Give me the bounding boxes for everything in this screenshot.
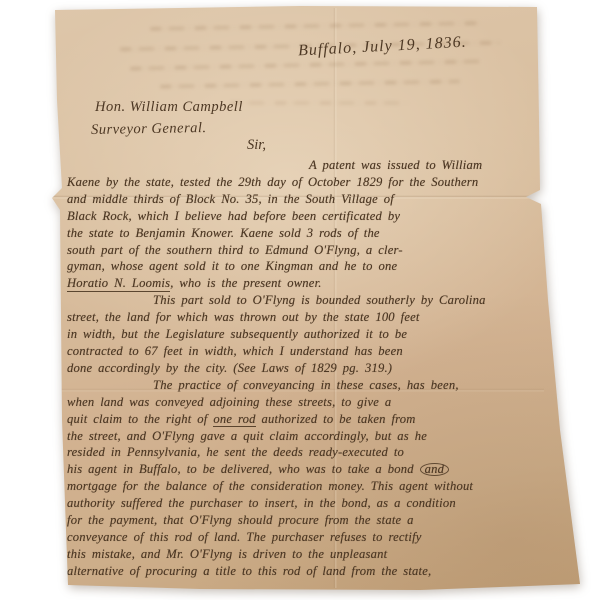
letter-line: The practice of conveyancing in these ca… [153, 377, 549, 394]
letter-line: resided in Pennsylvania, he sent the dee… [67, 444, 549, 461]
letter-line: quit claim to the right of one rod autho… [67, 411, 549, 428]
letter-line: mortgage for the balance of the consider… [67, 478, 549, 495]
bleed-through-line [150, 21, 480, 31]
letter-line: A patent was issued to William [309, 157, 549, 174]
letter-line: This part sold to O'Flyng is bounded sou… [153, 292, 549, 309]
bleed-through-line [160, 79, 460, 88]
letter-body: A patent was issued to WilliamKaene by t… [67, 157, 549, 580]
recipient-name: Hon. William Campbell [95, 99, 243, 116]
dateline: Buffalo, July 19, 1836. [298, 34, 467, 61]
letter-line: gyman, whose agent sold it to one Kingma… [67, 258, 549, 275]
letter-line: when land was conveyed adjoining these s… [67, 394, 549, 411]
bleed-through-line [230, 101, 410, 105]
letter-line: alternative of procuring a title to this… [67, 563, 549, 580]
letter-line: street, the land for which was thrown ou… [67, 309, 549, 326]
letter-line: for the payment, that O'Flyng should pro… [67, 512, 549, 529]
letter-line: in width, but the Legislature subsequent… [67, 326, 549, 343]
bleed-through-line [130, 59, 480, 70]
paper-shadow-wrap: Buffalo, July 19, 1836. Hon. William Cam… [0, 0, 600, 600]
letter-line: conveyance of this rod of land. The purc… [67, 529, 549, 546]
letter-paper: Buffalo, July 19, 1836. Hon. William Cam… [0, 0, 600, 600]
letter-line: done accordingly by the city. (See Laws … [67, 360, 549, 377]
letter-line: Kaene by the state, tested the 29th day … [67, 174, 549, 191]
photograph-of-letter: Buffalo, July 19, 1836. Hon. William Cam… [0, 0, 600, 600]
letter-line: his agent in Buffalo, to be delivered, w… [67, 461, 549, 478]
recipient-title: Surveyor General. [91, 120, 207, 139]
letter-line: the street, and O'Flyng gave a quit clai… [67, 428, 549, 445]
letter-line: Black Rock, which I believe had before b… [67, 208, 549, 225]
letter-line: Horatio N. Loomis, who is the present ow… [67, 275, 549, 292]
letter-line: the state to Benjamin Knower. Kaene sold… [67, 225, 549, 242]
letter-line: and middle thirds of Block No. 35, in th… [67, 191, 549, 208]
letter-line: contracted to 67 feet in width, which I … [67, 343, 549, 360]
letter-line: south part of the southern third to Edmu… [67, 242, 549, 259]
letter-line: this mistake, and Mr. O'Flyng is driven … [67, 546, 549, 563]
salutation: Sir, [247, 137, 266, 154]
letter-line: authority suffered the purchaser to inse… [67, 495, 549, 512]
